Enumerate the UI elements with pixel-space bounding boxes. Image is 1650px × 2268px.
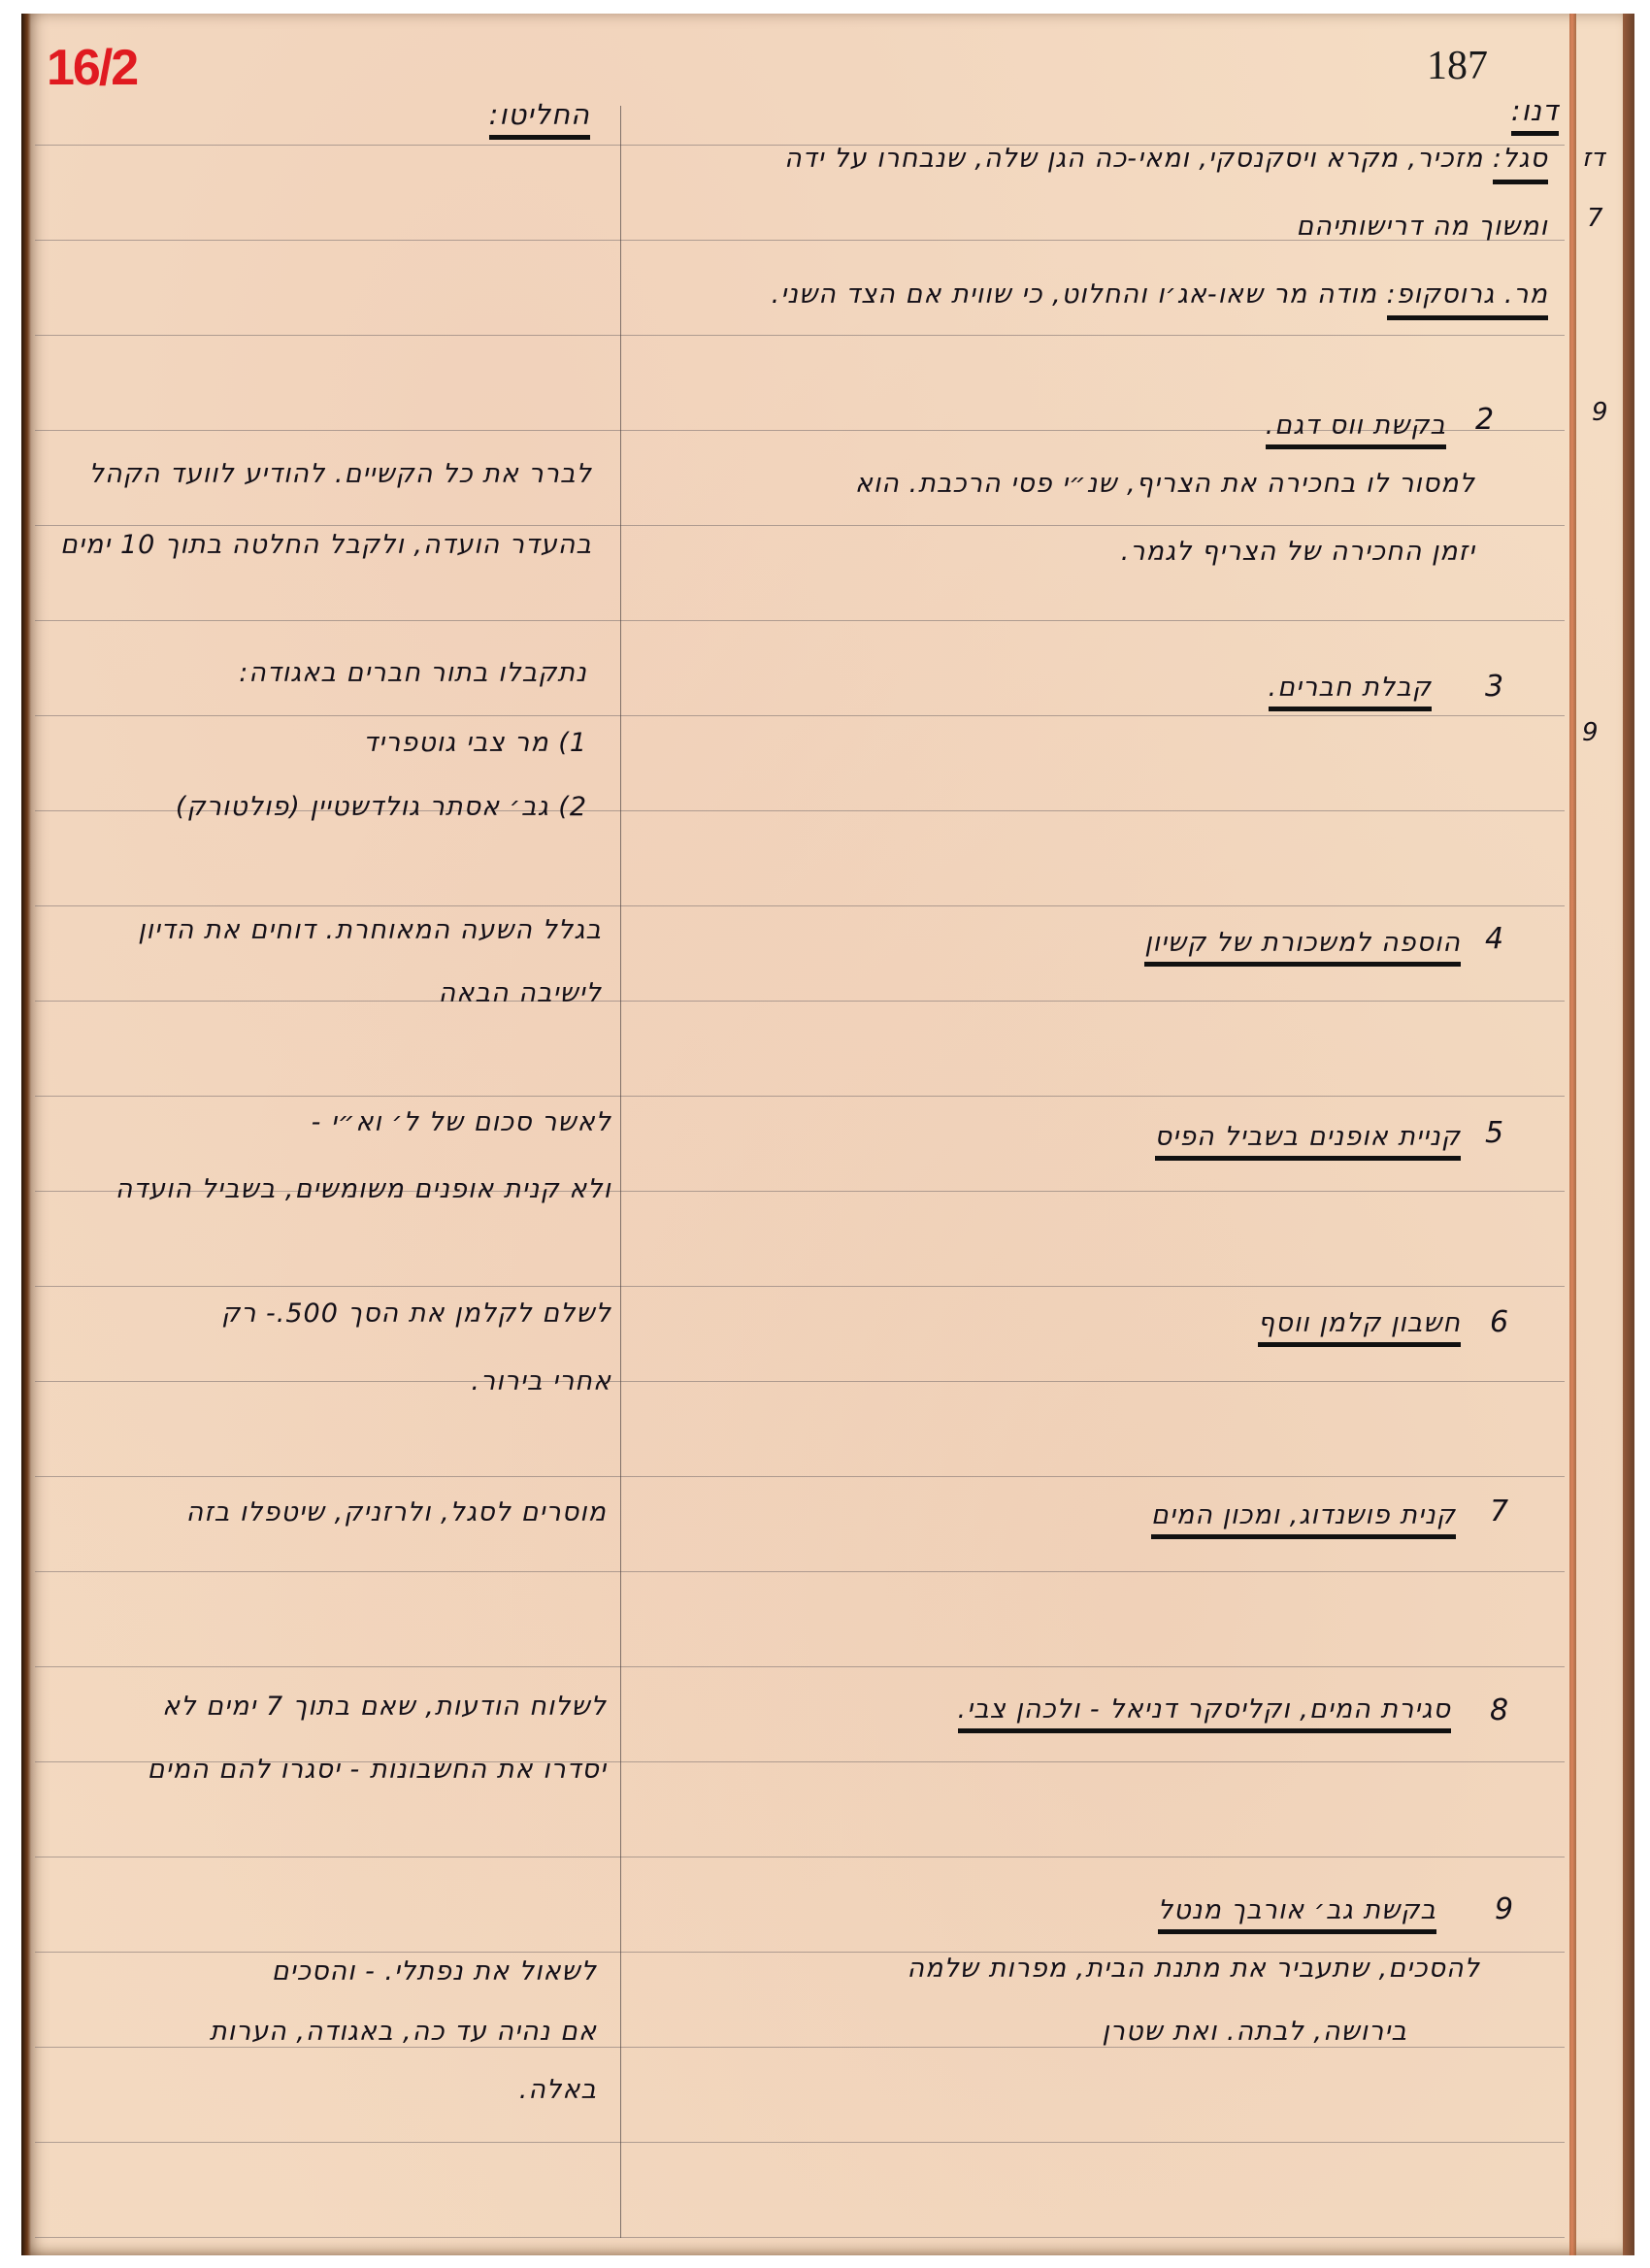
discussion-text: מזכיר, מקרא ויסקנסקי, ומאי-כה הגן שלה, ש… bbox=[784, 144, 1483, 174]
ruled-line bbox=[35, 335, 1565, 336]
ruled-line bbox=[35, 1096, 1565, 1097]
item-number: 8 bbox=[1490, 1693, 1508, 1727]
item-7-decision-line-1: מוסרים לסגל, ולרזניק, שיטפלו בזה bbox=[186, 1499, 607, 1526]
item-number: 7 bbox=[1490, 1495, 1508, 1528]
ruled-line bbox=[35, 2047, 1565, 2048]
ruled-line bbox=[35, 1857, 1565, 1857]
margin-mark: דז bbox=[1582, 144, 1604, 173]
margin-mark: 7 bbox=[1587, 204, 1603, 233]
item-number: 2 bbox=[1475, 403, 1494, 437]
item-4-decision-line-2: לישיבה הבאה bbox=[439, 980, 602, 1006]
item-number: 4 bbox=[1485, 922, 1503, 956]
item-9-decision-line-1: לשאול את נפתלי. - והסכים bbox=[272, 1958, 597, 1985]
item-2-discussion-line-1: למסור לו בחכירה את הצריף, שנ״י פסי הרכבת… bbox=[855, 471, 1475, 497]
item-number: 5 bbox=[1485, 1116, 1503, 1150]
ruled-line bbox=[35, 525, 1565, 526]
item-6-decision-line-2: אחרי בירור. bbox=[471, 1368, 611, 1395]
item-3-decision-line-3: 2) גב׳ אסתר גולדשטיין (פולטורק) bbox=[176, 794, 587, 820]
ruled-line bbox=[35, 2142, 1565, 2143]
item-number: 6 bbox=[1490, 1305, 1508, 1339]
item-number: 3 bbox=[1485, 670, 1503, 704]
decided-header: החליטו: bbox=[489, 101, 590, 140]
item-3-decision-line-2: 1) מר צבי גוטפריד bbox=[363, 730, 587, 756]
archive-stamp: 16/2 bbox=[47, 39, 137, 97]
speaker-label: סגל: bbox=[1493, 144, 1548, 184]
item-7-heading: קנית פושנדוג, ומכון המים bbox=[1151, 1502, 1456, 1539]
item-6-heading: חשבון קלמן ווסף bbox=[1258, 1310, 1461, 1347]
margin-mark: 9 bbox=[1592, 398, 1608, 427]
item-2-decision-line-2: בהעדר הועדה, ולקבל החלטה בתוך 10 ימים bbox=[60, 532, 592, 558]
item-6-decision-line-1: לשלם לקלמן את הסך 500.- רק bbox=[221, 1300, 611, 1327]
item-1-discussion-line-1: סגל: מזכיר, מקרא ויסקנסקי, ומאי-כה הגן ש… bbox=[784, 146, 1548, 172]
ruled-line bbox=[35, 1952, 1565, 1953]
discussed-header: דנו: bbox=[1511, 97, 1559, 136]
ruled-line bbox=[35, 1286, 1565, 1287]
binding-edge bbox=[1623, 14, 1634, 2255]
speaker-label: מר. גרוסקופ: bbox=[1387, 279, 1548, 320]
discussion-text: מודה מר שאו-אג׳ו והחלוט, כי שווית אם הצד… bbox=[772, 279, 1377, 310]
item-9-discussion-line-1: להסכים, שתעביר את מתנת הבית, מפרות שלמה bbox=[907, 1956, 1480, 1982]
item-9-discussion-line-2: בירושה, לבתה. ואת שטרן bbox=[1102, 2019, 1407, 2045]
item-4-heading: הוספה למשכורת של קשיון bbox=[1144, 930, 1461, 967]
item-number: 9 bbox=[1495, 1892, 1513, 1926]
ruled-line bbox=[35, 1571, 1565, 1572]
item-9-decision-line-3: באלה. bbox=[519, 2077, 597, 2103]
ruled-line bbox=[35, 1666, 1565, 1667]
item-8-heading: סגירת המים, וקליסקר דניאל - ולכהן צבי. bbox=[958, 1696, 1451, 1733]
item-2-heading: בקשת ווס דגם. bbox=[1266, 412, 1446, 449]
item-1-discussion-line-2: ומשוך מה דרישותיהם bbox=[1296, 214, 1548, 240]
item-8-decision-line-2: יסדרו את החשבונות - יסגרו להם המים bbox=[148, 1757, 607, 1783]
ruled-line bbox=[35, 1001, 1565, 1002]
item-9-heading: בקשת גב׳ אורבך מנטל bbox=[1158, 1897, 1436, 1934]
item-2-decision-line-1: לברר את כל הקשיים. להודיע לוועד הקהל bbox=[89, 461, 592, 487]
item-1-discussion-line-3: מר. גרוסקופ: מודה מר שאו-אג׳ו והחלוט, כי… bbox=[772, 281, 1548, 308]
ruled-line bbox=[35, 620, 1565, 621]
ruled-line bbox=[35, 715, 1565, 716]
margin-line bbox=[1569, 14, 1576, 2255]
ruled-line bbox=[35, 1381, 1565, 1382]
item-3-decision-line-1: נתקבלו בתור חברים באגודה: bbox=[239, 660, 587, 686]
item-2-discussion-line-2: יזמן החכירה של הצריף לגמר. bbox=[1121, 539, 1475, 565]
column-divider bbox=[620, 106, 621, 2238]
item-4-decision-line-1: בגלל השעה המאוחרת. דוחים את הדיון bbox=[138, 917, 602, 943]
ruled-line bbox=[35, 1476, 1565, 1477]
item-3-heading: קבלת חברים. bbox=[1269, 674, 1432, 711]
item-5-decision-line-1: לאשר סכום של ל׳ וא״י - bbox=[312, 1109, 611, 1135]
item-8-decision-line-1: לשלוח הודעות, שאם בתוך 7 ימים לא bbox=[162, 1693, 607, 1720]
ruled-line bbox=[35, 2237, 1565, 2238]
margin-mark: 9 bbox=[1582, 718, 1599, 747]
item-9-decision-line-2: אם נהיה עד כה, באגודה, הערות bbox=[210, 2019, 597, 2045]
page-number: 187 bbox=[1427, 43, 1488, 89]
item-5-heading: קניית אופנים בשביל הפיס bbox=[1155, 1124, 1461, 1161]
ruled-line bbox=[35, 905, 1565, 906]
item-5-decision-line-2: ולא קנית אופנים משומשים, בשביל הועדה bbox=[115, 1176, 611, 1202]
